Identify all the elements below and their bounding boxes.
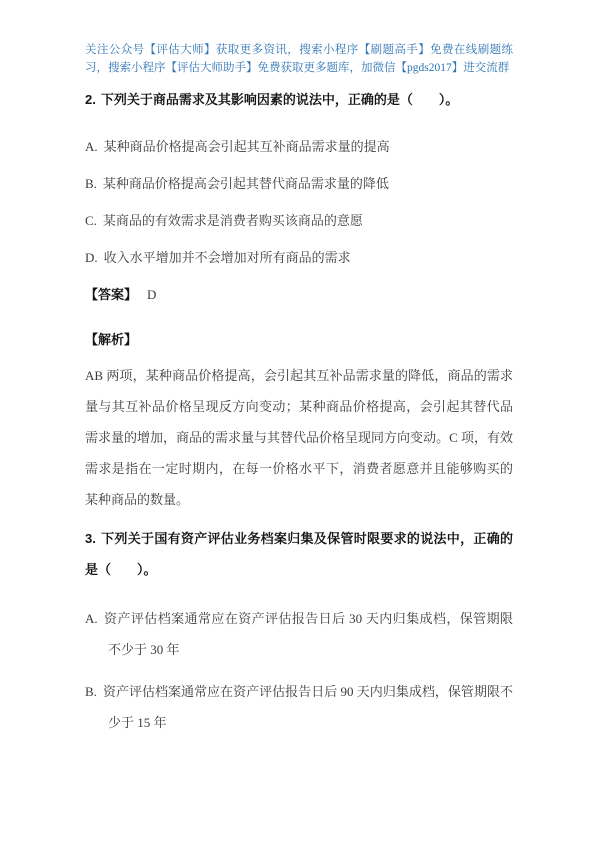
question-3-option-a: A.资产评估档案通常应在资产评估报告日后 30 天内归集成档，保管期限不少于 3… bbox=[85, 603, 513, 665]
question-2-number: 2. bbox=[85, 92, 96, 107]
option-a-label: A. bbox=[85, 139, 98, 154]
option-d-label: D. bbox=[85, 250, 98, 265]
question-2-stem-text: 下列关于商品需求及其影响因素的说法中，正确的是（ ）。 bbox=[101, 92, 459, 107]
question-2-option-a: A.某种商品价格提高会引起其互补商品需求量的提高 bbox=[85, 131, 513, 162]
question-2-option-c: C.某商品的有效需求是消费者购买该商品的意愿 bbox=[85, 205, 513, 236]
answer-value: D bbox=[147, 287, 156, 302]
option-c-label: C. bbox=[85, 213, 97, 228]
question-2-stem: 2.下列关于商品需求及其影响因素的说法中，正确的是（ ）。 bbox=[85, 84, 513, 115]
option-b-text: 资产评估档案通常应在资产评估报告日后 90 天内归集成档，保管期限不少于 15 … bbox=[103, 684, 513, 730]
document-content: 关注公众号【评估大师】获取更多资讯，搜索小程序【刷题高手】免费在线刷题练习，搜索… bbox=[85, 42, 513, 738]
option-b-label: B. bbox=[85, 684, 97, 699]
document-page: 关注公众号【评估大师】获取更多资讯，搜索小程序【刷题高手】免费在线刷题练习，搜索… bbox=[0, 0, 595, 841]
option-b-label: B. bbox=[85, 176, 97, 191]
promo-header-text: 关注公众号【评估大师】获取更多资讯，搜索小程序【刷题高手】免费在线刷题练习，搜索… bbox=[85, 42, 513, 77]
option-c-text: 某商品的有效需求是消费者购买该商品的意愿 bbox=[103, 213, 363, 228]
question-2-analysis-text: AB 两项，某种商品价格提高，会引起其互补品需求量的降低，商品的需求量与其互补品… bbox=[85, 360, 513, 515]
question-2-option-d: D.收入水平增加并不会增加对所有商品的需求 bbox=[85, 242, 513, 273]
analysis-label: 【解析】 bbox=[85, 332, 137, 347]
question-2-answer-line: 【答案】D bbox=[85, 279, 513, 310]
option-a-label: A. bbox=[85, 611, 98, 626]
question-2: 2.下列关于商品需求及其影响因素的说法中，正确的是（ ）。 A.某种商品价格提高… bbox=[85, 84, 513, 515]
question-3: 3.下列关于国有资产评估业务档案归集及保管时限要求的说法中，正确的是（ ）。 A… bbox=[85, 523, 513, 738]
question-3-option-b: B.资产评估档案通常应在资产评估报告日后 90 天内归集成档，保管期限不少于 1… bbox=[85, 676, 513, 738]
answer-label: 【答案】 bbox=[85, 287, 137, 302]
option-b-text: 某种商品价格提高会引起其替代商品需求量的降低 bbox=[103, 176, 389, 191]
option-a-text: 某种商品价格提高会引起其互补商品需求量的提高 bbox=[104, 139, 390, 154]
question-2-option-b: B.某种商品价格提高会引起其替代商品需求量的降低 bbox=[85, 168, 513, 199]
question-3-stem-text: 下列关于国有资产评估业务档案归集及保管时限要求的说法中，正确的是（ ）。 bbox=[85, 531, 513, 577]
question-2-analysis-label-line: 【解析】 bbox=[85, 324, 513, 355]
option-a-text: 资产评估档案通常应在资产评估报告日后 30 天内归集成档，保管期限不少于 30 … bbox=[104, 611, 513, 657]
question-3-stem: 3.下列关于国有资产评估业务档案归集及保管时限要求的说法中，正确的是（ ）。 bbox=[85, 523, 513, 585]
question-3-number: 3. bbox=[85, 531, 96, 546]
option-d-text: 收入水平增加并不会增加对所有商品的需求 bbox=[104, 250, 351, 265]
